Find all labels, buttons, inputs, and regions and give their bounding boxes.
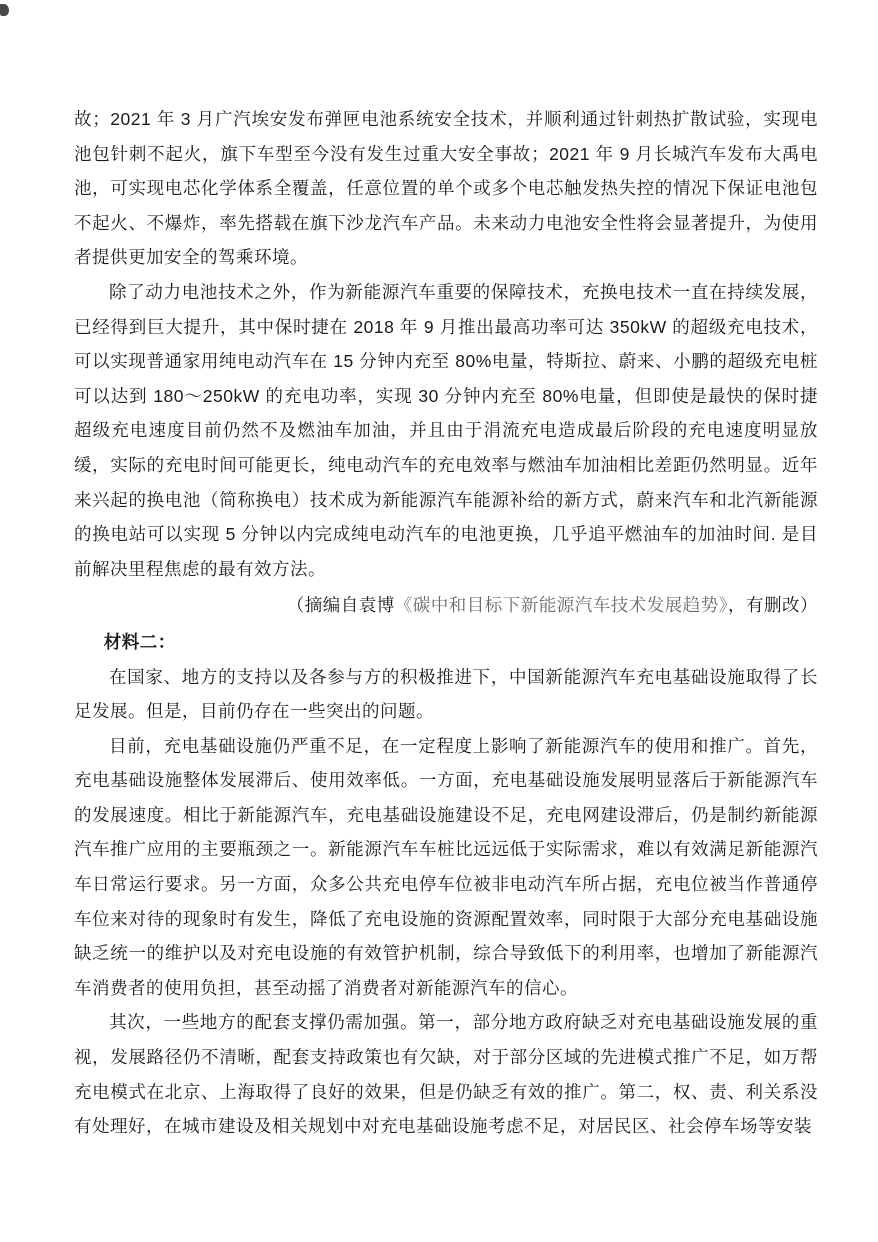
citation-suffix: ，有删改）: [728, 595, 818, 615]
paragraph-m2-infrastructure-shortage: 目前，充电基础设施仍严重不足，在一定程度上影响了新能源汽车的使用和推广。首先，充…: [74, 729, 818, 1006]
scan-artifact-mark: [0, 4, 9, 16]
paragraph-m2-local-support: 其次，一些地方的配套支撑仍需加强。第一，部分地方政府缺乏对充电基础设施发展的重视…: [74, 1005, 818, 1143]
document-page: 故；2021 年 3 月广汽埃安发布弹匣电池系统安全技术，并顺利通过针刺热扩散试…: [0, 0, 878, 1242]
paragraph-m2-intro: 在国家、地方的支持以及各参与方的积极推进下，中国新能源汽车充电基础设施取得了长足…: [74, 660, 818, 729]
citation-book-title: 《碳中和目标下新能源汽车技术发展趋势》: [395, 595, 728, 615]
citation-prefix: （摘编自袁博: [287, 595, 395, 615]
document-body: 故；2021 年 3 月广汽埃安发布弹匣电池系统安全技术，并顺利通过针刺热扩散试…: [74, 102, 818, 1144]
source-citation: （摘编自袁博《碳中和目标下新能源汽车技术发展趋势》，有删改）: [74, 588, 818, 623]
paragraph-charging-swap-tech: 除了动力电池技术之外，作为新能源汽车重要的保障技术，充换电技术一直在持续发展，已…: [74, 275, 818, 586]
paragraph-battery-safety: 故；2021 年 3 月广汽埃安发布弹匣电池系统安全技术，并顺利通过针刺热扩散试…: [74, 102, 818, 275]
material-2-heading: 材料二：: [74, 625, 818, 660]
